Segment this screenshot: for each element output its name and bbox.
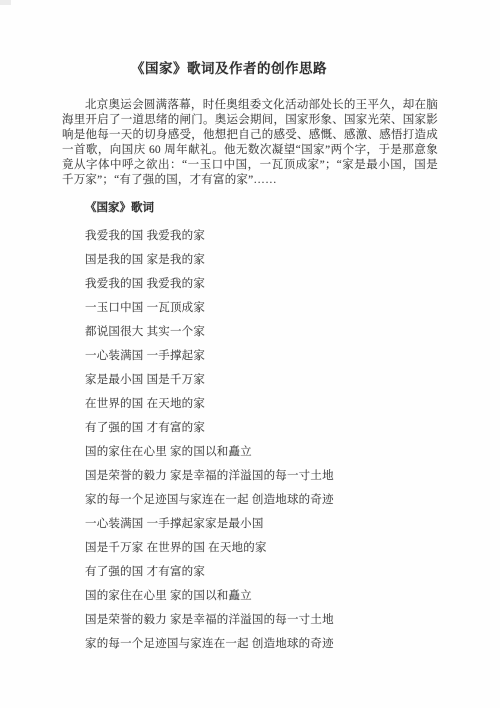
lyric-line: 一心装满国 一手撑起家家是最小国 xyxy=(85,518,438,530)
page-title: 《国家》歌词及作者的创作思路 xyxy=(41,60,417,78)
lyric-line: 一玉口中国 一瓦顶成家 xyxy=(85,302,438,314)
lyric-line: 家的每一个足迹国与家连在一起 创造地球的奇迹 xyxy=(85,638,438,650)
scan-artifact xyxy=(0,0,11,5)
lyric-line: 国是荣誉的毅力 家是幸福的洋溢国的每一寸土地 xyxy=(85,614,438,626)
lyric-line: 国的家住在心里 家的国以和矗立 xyxy=(85,446,438,458)
lyric-line: 国是我的国 家是我的家 xyxy=(85,254,438,266)
lyric-line: 国是千万家 在世界的国 在天地的家 xyxy=(85,542,438,554)
document-page: 《国家》歌词及作者的创作思路 北京奥运会圆满落幕，时任奥组委文化活动部处长的王平… xyxy=(0,0,500,708)
lyric-line: 我爱我的国 我爱我的家 xyxy=(85,230,438,242)
lyrics-list: 我爱我的国 我爱我的家国是我的国 家是我的家我爱我的国 我爱我的家一玉口中国 一… xyxy=(85,230,438,650)
lyric-line: 有了强的国 才有富的家 xyxy=(85,422,438,434)
intro-paragraph: 北京奥运会圆满落幕，时任奥组委文化活动部处长的王平久，却在脑海里开启了一道思绪的… xyxy=(62,98,438,188)
lyric-line: 国是荣誉的毅力 家是幸福的洋溢国的每一寸土地 xyxy=(85,470,438,482)
lyric-line: 一心装满国 一手撑起家 xyxy=(85,350,438,362)
lyric-line: 在世界的国 在天地的家 xyxy=(85,398,438,410)
lyric-line: 都说国很大 其实一个家 xyxy=(85,326,438,338)
section-heading: 《国家》歌词 xyxy=(85,201,438,216)
lyric-line: 有了强的国 才有富的家 xyxy=(85,566,438,578)
lyric-line: 我爱我的国 我爱我的家 xyxy=(85,278,438,290)
document-content: 《国家》歌词及作者的创作思路 北京奥运会圆满落幕，时任奥组委文化活动部处长的王平… xyxy=(0,60,500,650)
lyric-line: 家的每一个足迹国与家连在一起 创造地球的奇迹 xyxy=(85,494,438,506)
lyrics-section: 《国家》歌词 我爱我的国 我爱我的家国是我的国 家是我的家我爱我的国 我爱我的家… xyxy=(62,201,438,650)
lyric-line: 国的家住在心里 家的国以和矗立 xyxy=(85,590,438,602)
lyric-line: 家是最小国 国是千万家 xyxy=(85,374,438,386)
